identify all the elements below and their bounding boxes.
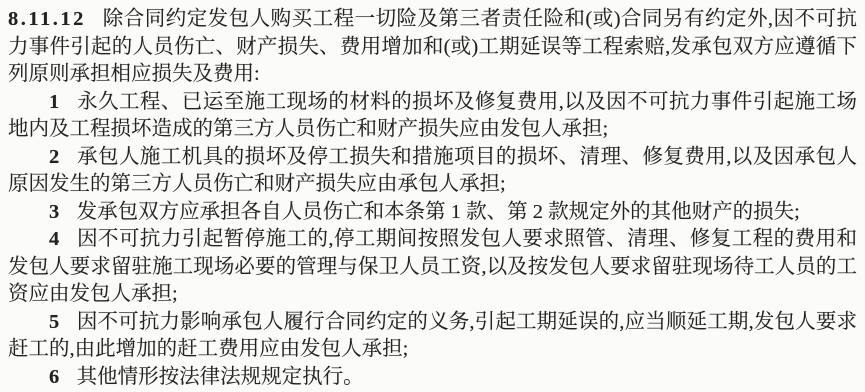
clause-item: 6其他情形按法律法规规定执行。 [8,364,857,392]
contract-clause-page: 8.11.12除合同约定发包人购买工程一切险及第三者责任险和(或)合同另有约定外… [0,0,865,392]
clause-item: 3发承包双方应承担各自人员伤亡和本条第 1 款、第 2 款规定外的其他财产的损失… [8,199,857,227]
clause-intro-paragraph: 8.11.12除合同约定发包人购买工程一切险及第三者责任险和(或)合同另有约定外… [8,6,857,89]
clause-item-number: 6 [49,366,59,388]
clause-item-number: 3 [49,201,59,223]
clause-item-text: 因不可抗力引起暂停施工的,停工期间按照发包人要求照管、清理、修复工程的费用和发包… [8,228,857,305]
clause-item: 4因不可抗力引起暂停施工的,停工期间按照发包人要求照管、清理、修复工程的费用和发… [8,226,857,309]
clause-item-text: 其他情形按法律法规规定执行。 [77,366,364,388]
clause-item: 5因不可抗力影响承包人履行合同约定的义务,引起工期延误的,应当顺延工期,发包人要… [8,309,857,364]
clause-item-text: 发承包双方应承担各自人员伤亡和本条第 1 款、第 2 款规定外的其他财产的损失; [77,201,800,223]
clause-item-number: 4 [49,228,59,250]
clause-items-list: 1永久工程、已运至施工现场的材料的损坏及修复费用,以及因不可抗力事件引起施工场地… [8,89,857,392]
clause-intro-text: 除合同约定发包人购买工程一切险及第三者责任险和(或)合同另有约定外,因不可抗力事… [8,8,857,85]
clause-item: 1永久工程、已运至施工现场的材料的损坏及修复费用,以及因不可抗力事件引起施工场地… [8,89,857,144]
clause-item-number: 5 [49,311,59,333]
clause-item-text: 永久工程、已运至施工现场的材料的损坏及修复费用,以及因不可抗力事件引起施工场地内… [8,91,857,141]
clause-item: 2承包人施工机具的损坏及停工损失和措施项目的损坏、清理、修复费用,以及因承包人原… [8,144,857,199]
clause-item-number: 1 [49,91,59,113]
clause-number: 8.11.12 [8,8,86,30]
clause-item-text: 承包人施工机具的损坏及停工损失和措施项目的损坏、清理、修复费用,以及因承包人原因… [8,146,857,196]
clause-item-number: 2 [49,146,59,168]
clause-item-text: 因不可抗力影响承包人履行合同约定的义务,引起工期延误的,应当顺延工期,发包人要求… [8,311,857,361]
